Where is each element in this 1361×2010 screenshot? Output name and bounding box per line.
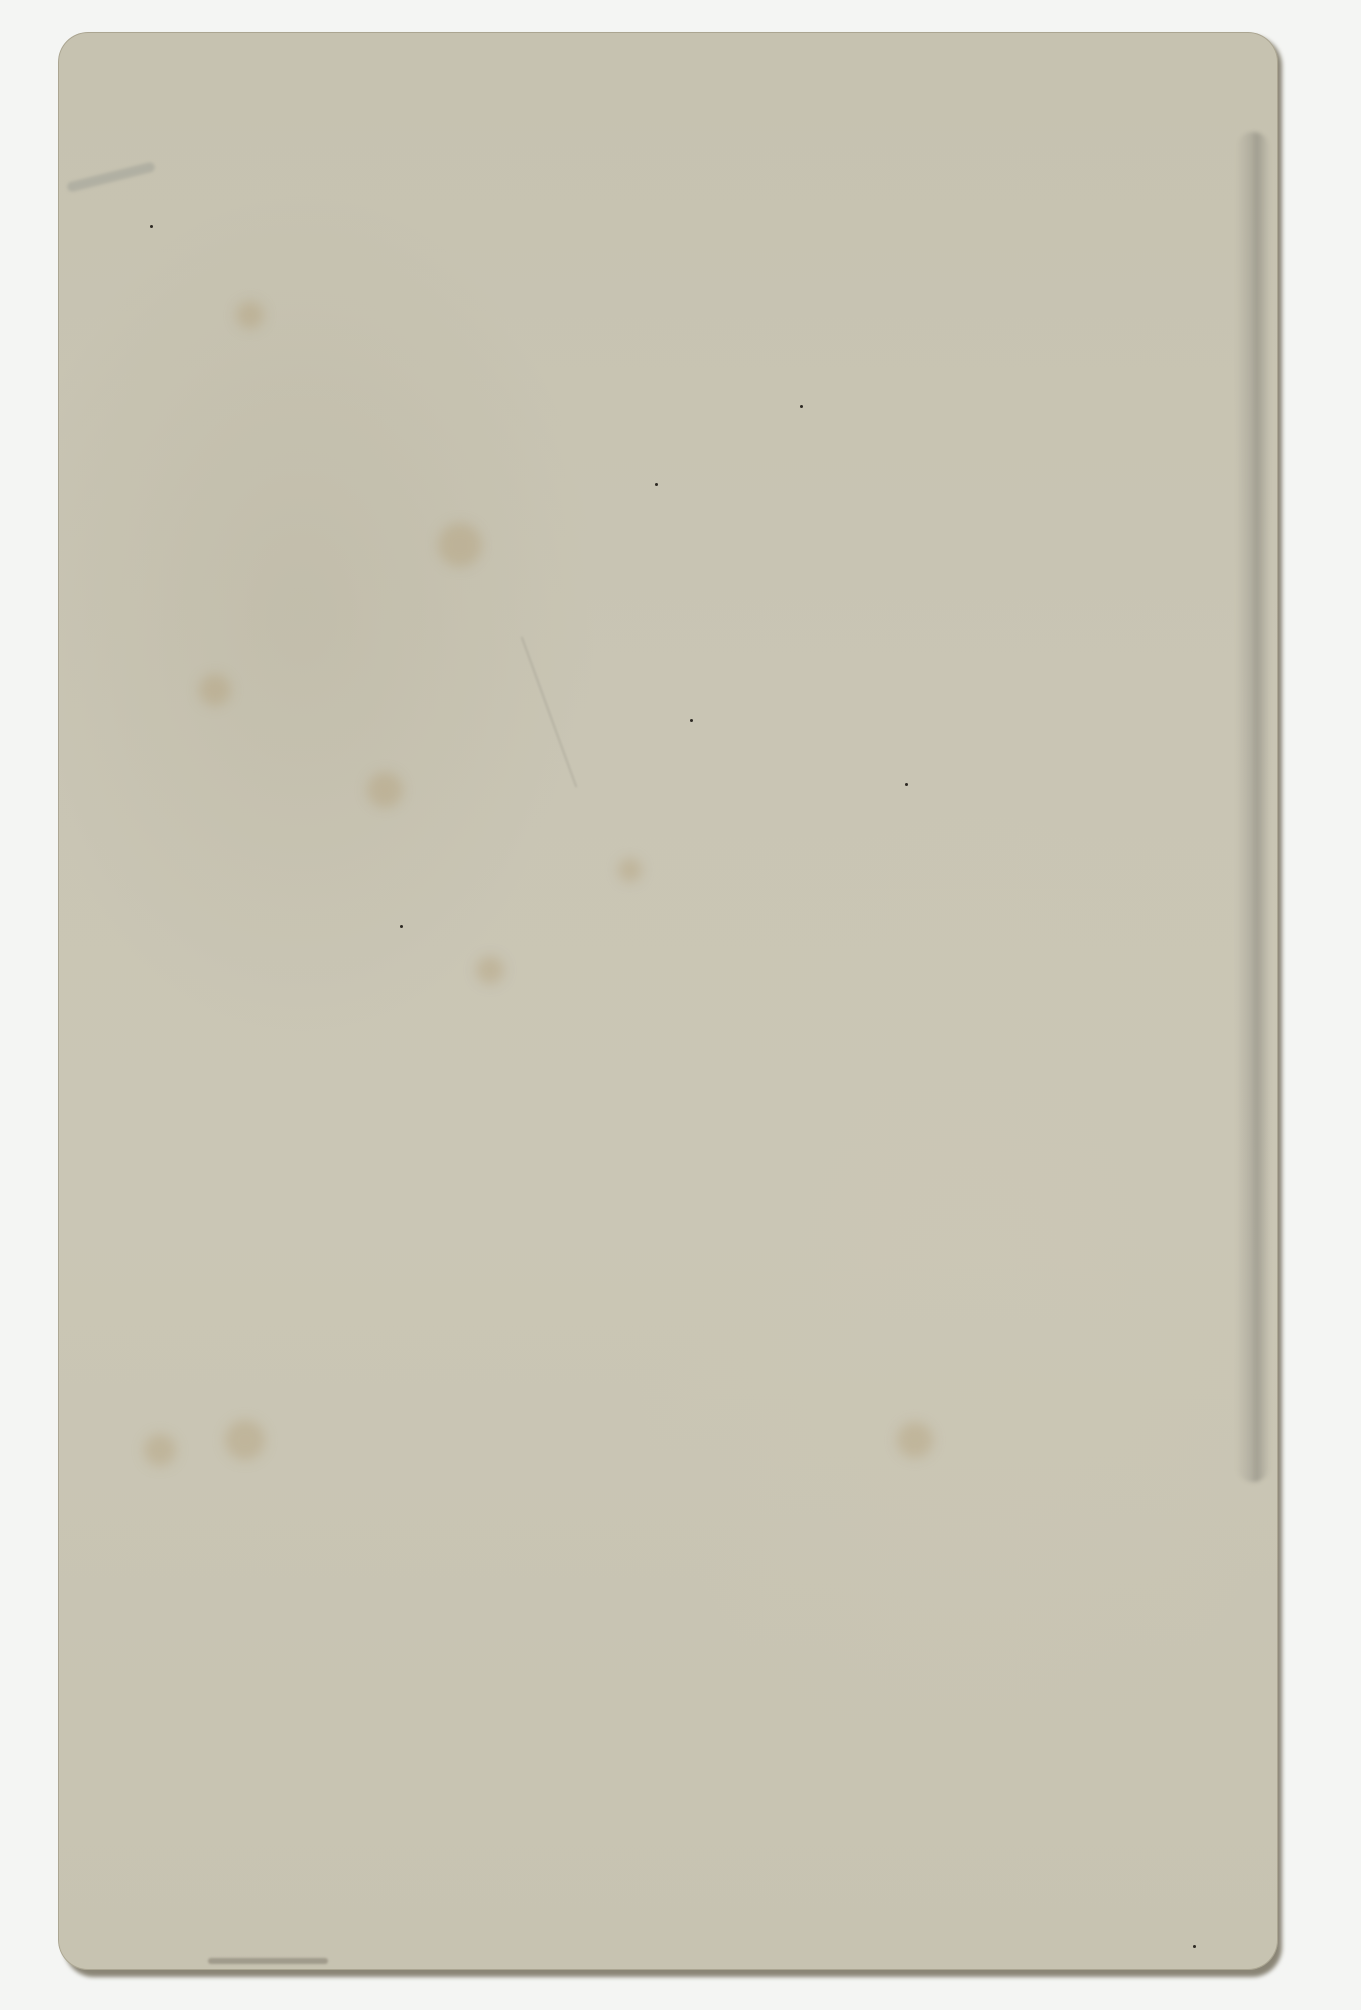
foxing-stain bbox=[144, 1434, 176, 1466]
foxing-stain bbox=[225, 1420, 265, 1460]
foxing-stain bbox=[438, 523, 482, 567]
foxing-stain bbox=[236, 301, 264, 329]
foxing-stain bbox=[618, 858, 642, 882]
bottom-edge-marks bbox=[208, 1958, 328, 1964]
paper-crease bbox=[521, 636, 578, 787]
dust-speck bbox=[800, 405, 803, 408]
dust-speck bbox=[1193, 1945, 1196, 1948]
dust-speck bbox=[690, 719, 693, 722]
pencil-mark-left-edge bbox=[66, 161, 156, 192]
foxing-stain bbox=[367, 772, 403, 808]
dust-speck bbox=[150, 225, 153, 228]
foxing-stain bbox=[476, 956, 504, 984]
foxing-stain bbox=[199, 674, 231, 706]
dust-speck bbox=[400, 925, 403, 928]
cabinet-card-back bbox=[58, 32, 1278, 1970]
pencil-smudge-right-edge bbox=[1236, 132, 1270, 1482]
dust-speck bbox=[905, 783, 908, 786]
dust-speck bbox=[655, 483, 658, 486]
foxing-stain bbox=[897, 1422, 933, 1458]
